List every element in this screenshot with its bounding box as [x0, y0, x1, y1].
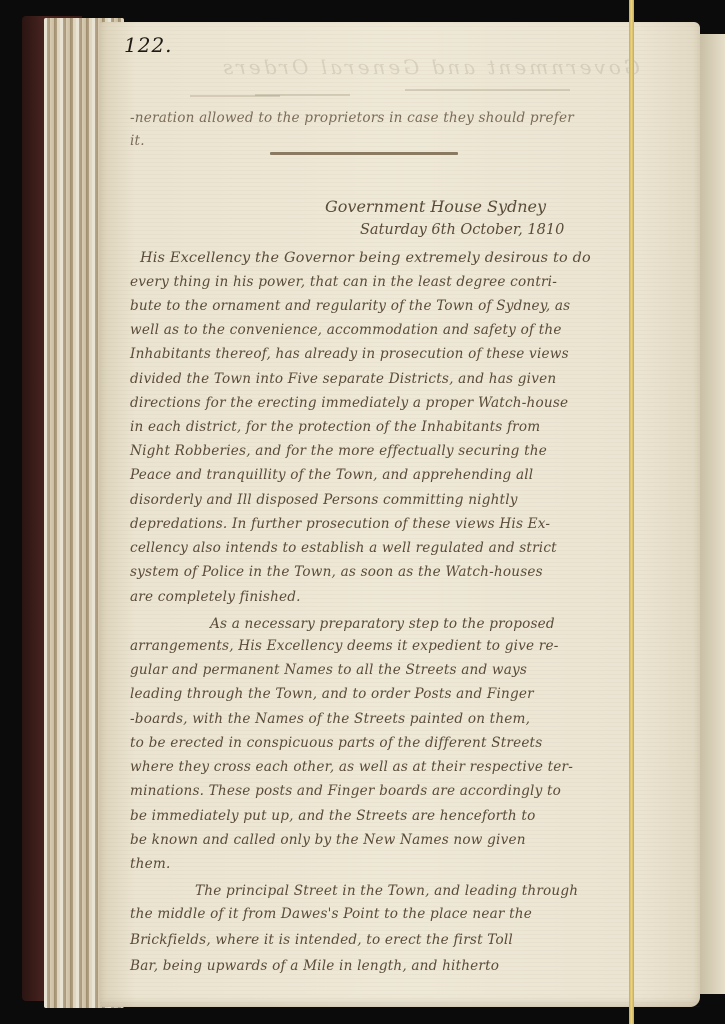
body-line: them. [130, 856, 610, 872]
faint-rule [255, 94, 350, 96]
body-line: Night Robberies, and for the more effect… [130, 443, 610, 459]
body-line: -boards, with the Names of the Streets p… [130, 711, 610, 727]
section-divider [270, 152, 458, 155]
page-number: 122. [124, 33, 173, 57]
body-line: depredations. In further prosecution of … [130, 516, 610, 532]
heading-date: Saturday 6th October, 1810 [360, 222, 564, 238]
body-line: where they cross each other, as well as … [130, 759, 610, 775]
body-line: Peace and tranquillity of the Town, and … [130, 467, 610, 483]
body-line: His Excellency the Governor being extrem… [140, 250, 620, 266]
facing-page-edge [700, 34, 725, 994]
body-line: disorderly and Ill disposed Persons comm… [130, 492, 610, 508]
bookmark-ribbon [629, 0, 634, 1024]
body-line: be known and called only by the New Name… [130, 832, 610, 848]
body-line: directions for the erecting immediately … [130, 395, 610, 411]
continuation-line: it. [130, 133, 610, 149]
body-line: divided the Town into Five separate Dist… [130, 371, 610, 387]
body-line: in each district, for the protection of … [130, 419, 610, 435]
body-line: the middle of it from Dawes's Point to t… [130, 906, 610, 922]
body-line: Inhabitants thereof, has already in pros… [130, 346, 610, 362]
body-line: to be erected in conspicuous parts of th… [130, 735, 610, 751]
body-line: leading through the Town, and to order P… [130, 686, 610, 702]
body-line: arrangements, His Excellency deems it ex… [130, 638, 610, 654]
body-line: be immediately put up, and the Streets a… [130, 808, 610, 824]
body-line: As a necessary preparatory step to the p… [210, 616, 690, 632]
body-line: well as to the convenience, accommodatio… [130, 322, 610, 338]
body-line: cellency also intends to establish a wel… [130, 540, 610, 556]
bleed-through-heading: Government and General Orders [220, 55, 640, 79]
heading-place: Government House Sydney [325, 197, 546, 216]
body-line: Brickfields, where it is intended, to er… [130, 932, 610, 948]
body-line: The principal Street in the Town, and le… [195, 883, 675, 899]
body-line: Bar, being upwards of a Mile in length, … [130, 958, 610, 974]
body-line: every thing in his power, that can in th… [130, 274, 610, 290]
body-line: gular and permanent Names to all the Str… [130, 662, 610, 678]
body-line: minations. These posts and Finger boards… [130, 783, 610, 799]
continuation-line: -neration allowed to the proprietors in … [130, 110, 610, 126]
body-line: system of Police in the Town, as soon as… [130, 564, 610, 580]
body-line: are completely finished. [130, 589, 610, 605]
body-line: bute to the ornament and regularity of t… [130, 298, 610, 314]
faint-rule [405, 89, 570, 91]
